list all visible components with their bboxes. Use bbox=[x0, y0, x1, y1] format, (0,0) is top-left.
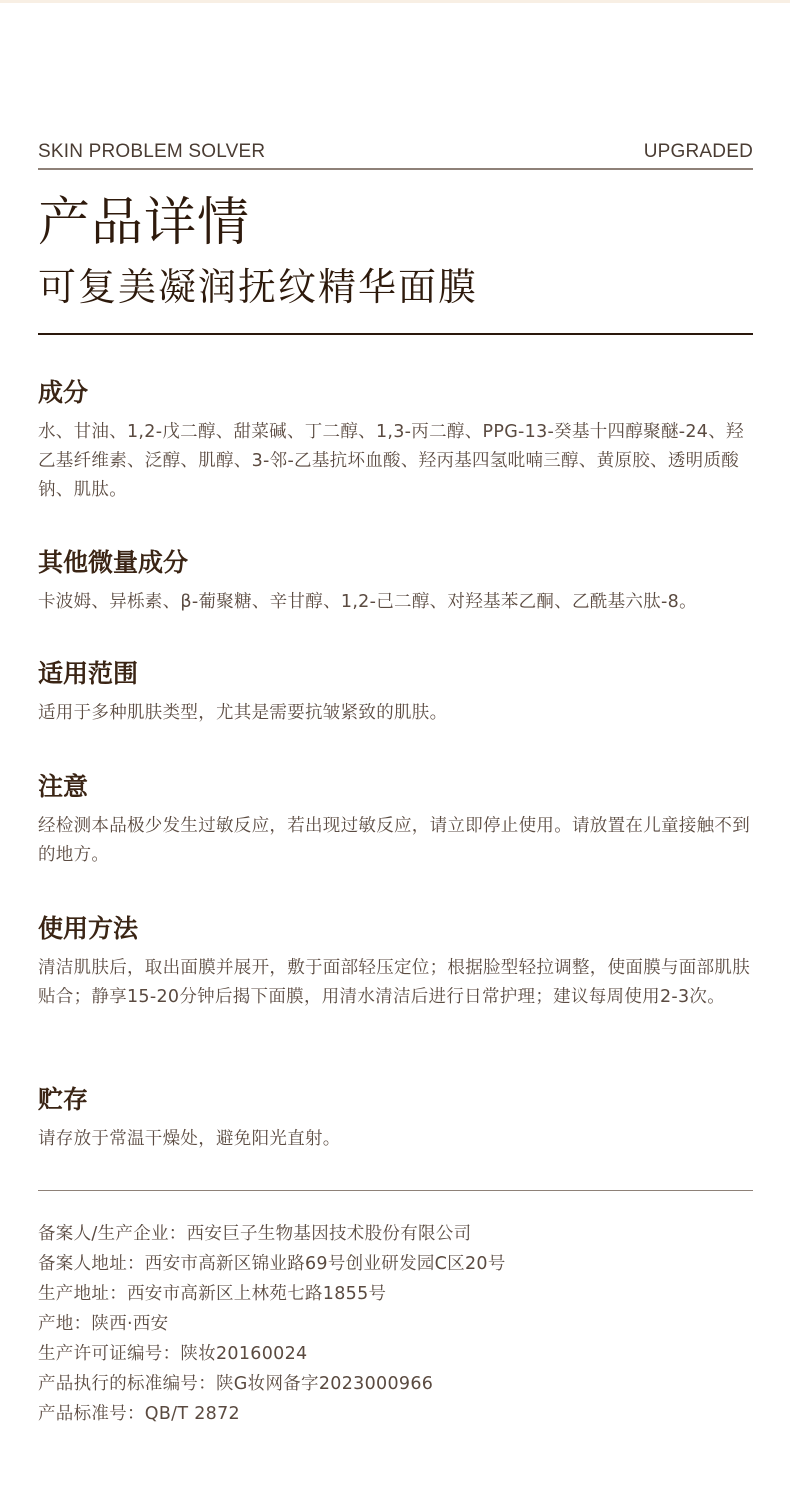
section-body: 卡波姆、异栎素、β-葡聚糖、辛甘醇、1,2-己二醇、对羟基苯乙酮、乙酰基六肽-8… bbox=[38, 588, 758, 617]
top-edge-stripe bbox=[0, 0, 790, 3]
info-origin: 产地：陕西·西安 bbox=[38, 1309, 753, 1339]
info-registrant-address: 备案人地址：西安市高新区锦业路69号创业研发园C区20号 bbox=[38, 1249, 753, 1279]
section-body: 适用于多种肌肤类型，尤其是需要抗皱紧致的肌肤。 bbox=[38, 699, 758, 728]
info-registrant: 备案人/生产企业：西安巨子生物基因技术股份有限公司 bbox=[38, 1219, 753, 1249]
section-body: 清洁肌肤后，取出面膜并展开，敷于面部轻压定位；根据脸型轻拉调整，使面膜与面部肌肤… bbox=[38, 954, 758, 1012]
footer-divider bbox=[38, 1190, 753, 1191]
section-heading: 其他微量成分 bbox=[38, 546, 758, 580]
header-row: SKIN PROBLEM SOLVER UPGRADED bbox=[38, 139, 753, 165]
section-body: 水、甘油、1,2-戊二醇、甜菜碱、丁二醇、1,3-丙二醇、PPG-13-癸基十四… bbox=[38, 418, 758, 505]
product-name: 可复美凝润抚纹精华面膜 bbox=[38, 263, 478, 311]
section-caution: 注意 经检测本品极少发生过敏反应，若出现过敏反应，请立即停止使用。请放置在儿童接… bbox=[38, 770, 758, 870]
tagline-right: UPGRADED bbox=[644, 141, 753, 163]
section-ingredients: 成分 水、甘油、1,2-戊二醇、甜菜碱、丁二醇、1,3-丙二醇、PPG-13-癸… bbox=[38, 376, 758, 505]
title-divider bbox=[38, 333, 753, 335]
section-storage: 贮存 请存放于常温干燥处，避免阳光直射。 bbox=[38, 1083, 758, 1154]
tagline-left: SKIN PROBLEM SOLVER bbox=[38, 141, 265, 163]
info-execution-standard: 产品执行的标准编号：陕G妆网备字2023000966 bbox=[38, 1369, 753, 1399]
page-title: 产品详情 bbox=[38, 193, 250, 253]
section-heading: 适用范围 bbox=[38, 657, 758, 691]
info-production-address: 生产地址：西安市高新区上林苑七路1855号 bbox=[38, 1279, 753, 1309]
section-heading: 使用方法 bbox=[38, 912, 758, 946]
info-product-standard: 产品标准号：QB/T 2872 bbox=[38, 1399, 753, 1429]
section-body: 经检测本品极少发生过敏反应，若出现过敏反应，请立即停止使用。请放置在儿童接触不到… bbox=[38, 812, 758, 870]
registration-info-list: 备案人/生产企业：西安巨子生物基因技术股份有限公司 备案人地址：西安市高新区锦业… bbox=[38, 1219, 753, 1429]
section-body: 请存放于常温干燥处，避免阳光直射。 bbox=[38, 1125, 758, 1154]
section-applicable-scope: 适用范围 适用于多种肌肤类型，尤其是需要抗皱紧致的肌肤。 bbox=[38, 657, 758, 728]
section-heading: 注意 bbox=[38, 770, 758, 804]
section-usage: 使用方法 清洁肌肤后，取出面膜并展开，敷于面部轻压定位；根据脸型轻拉调整，使面膜… bbox=[38, 912, 758, 1012]
section-heading: 贮存 bbox=[38, 1083, 758, 1117]
info-production-license: 生产许可证编号：陕妆20160024 bbox=[38, 1339, 753, 1369]
section-trace-ingredients: 其他微量成分 卡波姆、异栎素、β-葡聚糖、辛甘醇、1,2-己二醇、对羟基苯乙酮、… bbox=[38, 546, 758, 617]
header-divider bbox=[38, 168, 753, 170]
section-heading: 成分 bbox=[38, 376, 758, 410]
